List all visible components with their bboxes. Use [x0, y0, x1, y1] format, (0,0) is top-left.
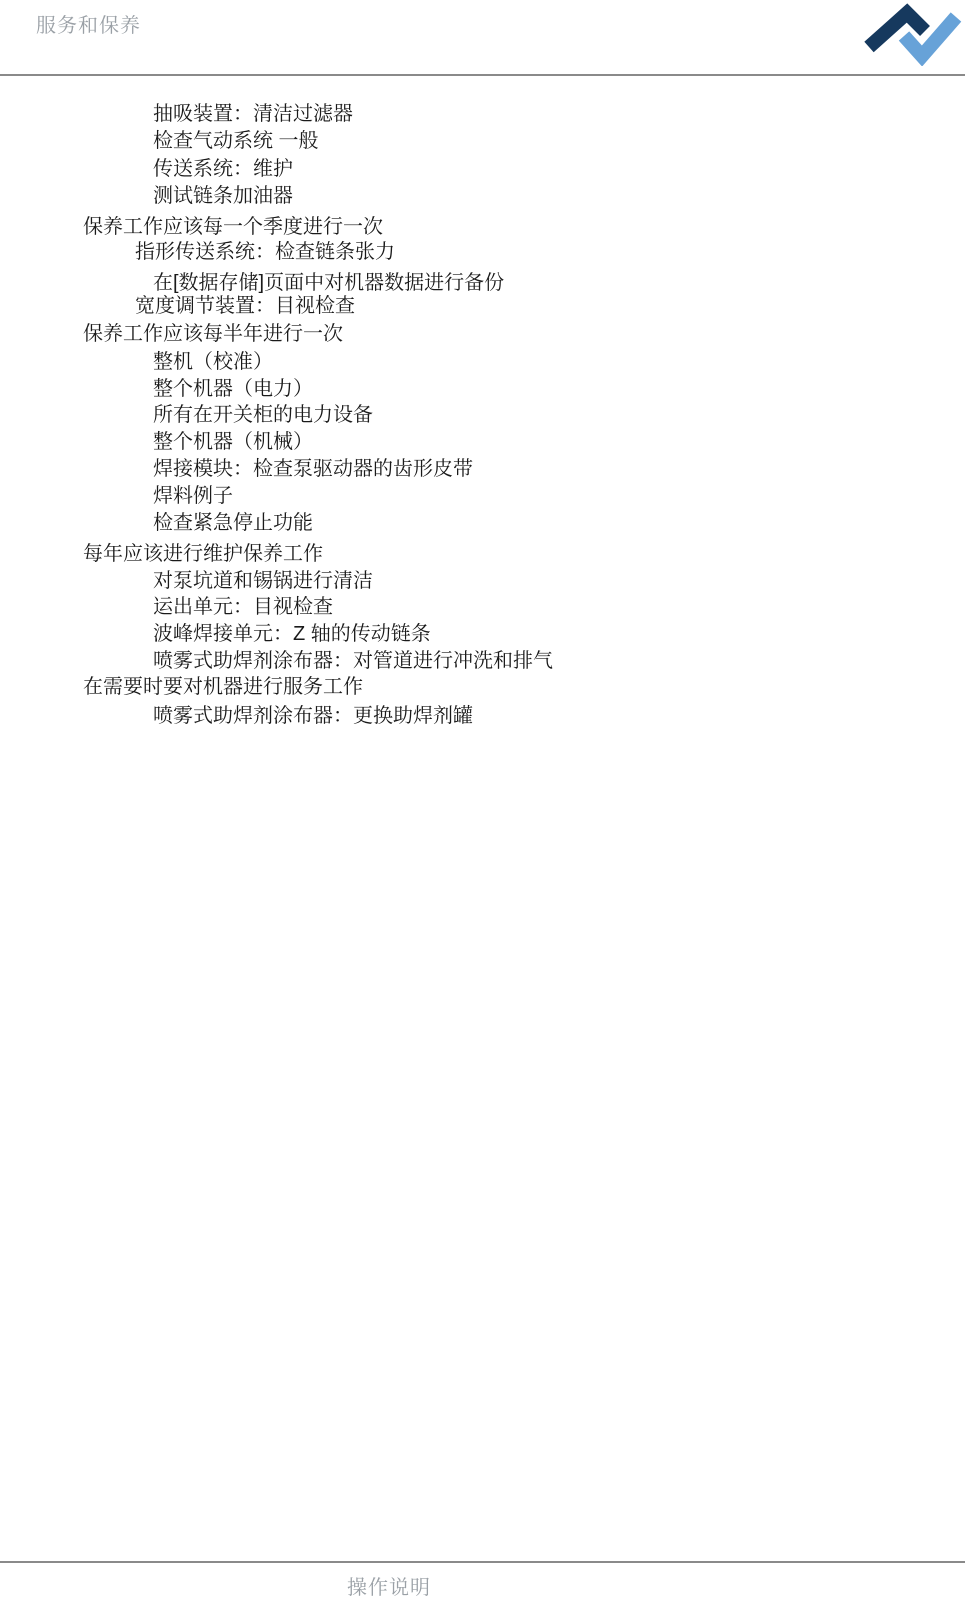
list-item: 传送系统：维护	[153, 156, 293, 183]
list-item: 对泵坑道和锡锅进行清洁	[153, 568, 373, 595]
list-item: 喷雾式助焊剂涂布器：对管道进行冲洗和排气	[153, 648, 553, 675]
list-item: 检查紧急停止功能	[153, 510, 313, 537]
list-item: 宽度调节装置：目视检查	[135, 293, 355, 320]
maintenance-list: 抽吸装置：清洁过滤器检查气动系统 一般传送系统：维护测试链条加油器保养工作应该每…	[0, 0, 965, 1606]
list-item: 焊接模块：检查泵驱动器的齿形皮带	[153, 456, 473, 483]
list-item: 焊料例子	[153, 483, 233, 510]
list-item: 波峰焊接单元：Z 轴的传动链条	[153, 621, 431, 648]
list-item: 喷雾式助焊剂涂布器：更换助焊剂罐	[153, 703, 473, 730]
footer-rule	[0, 1561, 965, 1563]
list-item: 检查气动系统 一般	[153, 128, 319, 155]
list-group-heading: 保养工作应该每一个季度进行一次	[83, 214, 383, 241]
document-page: 服务和保养 抽吸装置：清洁过滤器检查气动系统 一般传送系统：维护测试链条加油器保…	[0, 0, 965, 1606]
list-item: 整机（校准）	[153, 349, 273, 376]
list-item: 运出单元：目视检查	[153, 594, 333, 621]
list-group-heading: 保养工作应该每半年进行一次	[83, 321, 343, 348]
list-group-heading: 每年应该进行维护保养工作	[83, 541, 323, 568]
list-item: 所有在开关柜的电力设备	[153, 402, 373, 429]
list-item: 抽吸装置：清洁过滤器	[153, 101, 353, 128]
list-item: 指形传送系统：检查链条张力	[135, 239, 395, 266]
list-item: 整个机器（机械）	[153, 429, 313, 456]
list-group-heading: 在需要时要对机器进行服务工作	[83, 674, 363, 701]
list-item: 整个机器（电力）	[153, 376, 313, 403]
list-item: 测试链条加油器	[153, 183, 293, 210]
page-footer-label: 操作说明	[347, 1575, 431, 1602]
